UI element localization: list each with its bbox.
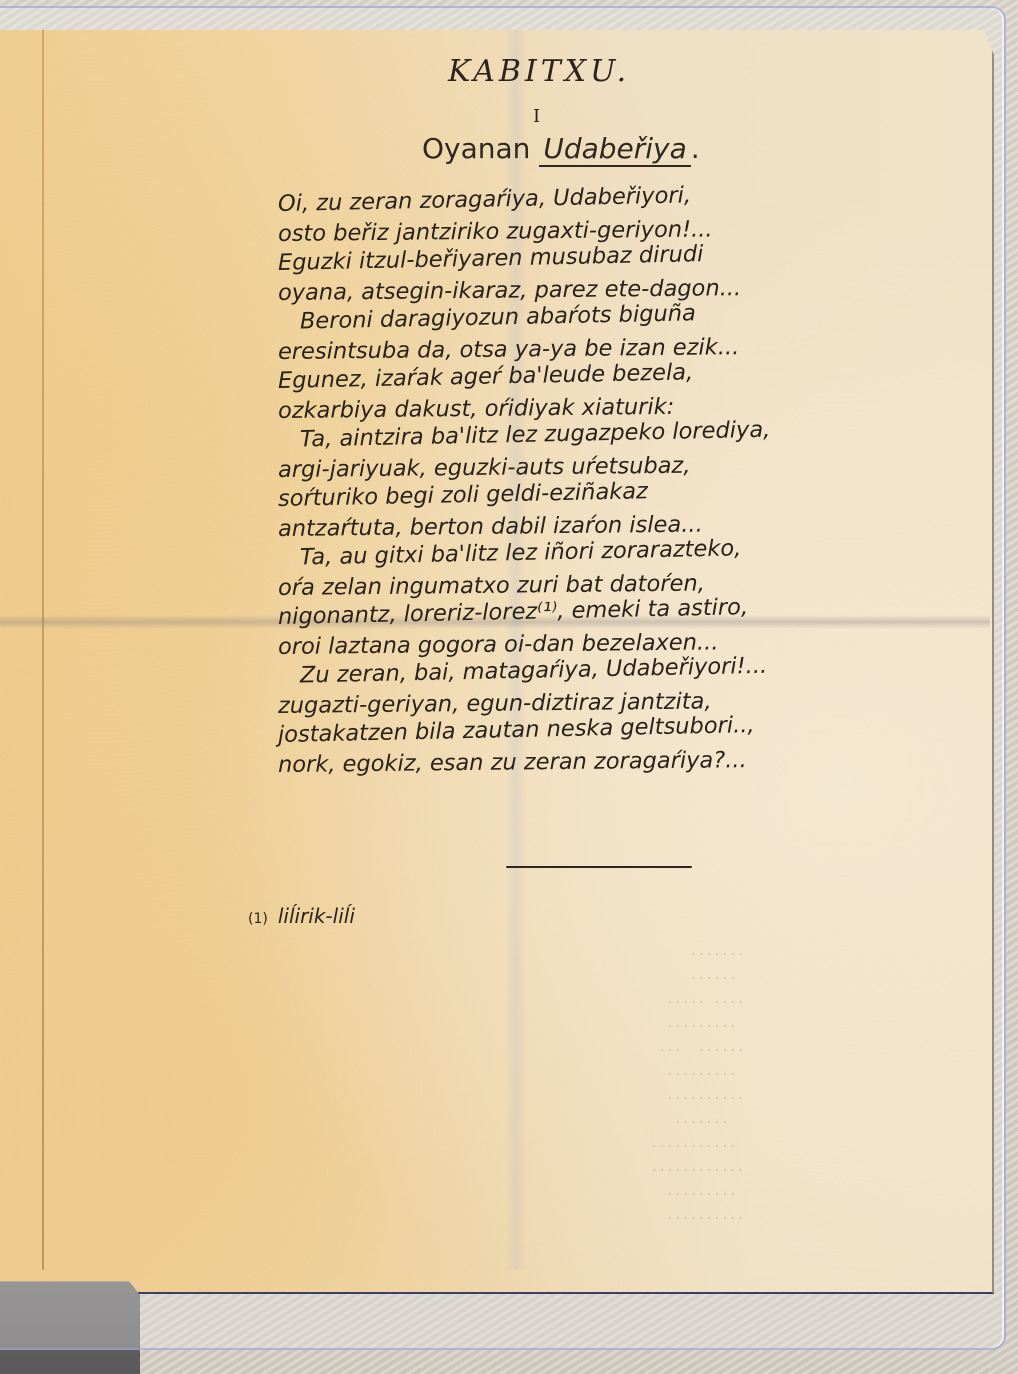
poem-line: nork, egokiz, esan zu zeran zoragaŕiya?.… [278, 744, 938, 780]
footnote-marker: (1) [248, 911, 268, 927]
subtitle-prefix: Oyanan [422, 132, 530, 165]
section-divider [506, 866, 692, 868]
handwritten-document: KABITXU. I Oyanan Udabeřiya. Oi, zu zera… [0, 0, 1018, 1374]
subtitle-suffix: . [691, 132, 700, 165]
footnote-text: liĺirik-liĺi [278, 904, 355, 928]
subtitle-underlined: Udabeřiya [539, 132, 690, 167]
document-title: KABITXU. [448, 54, 630, 89]
poem-body: Oi, zu zeran zoragaŕiya, Udabeřiyori, os… [278, 190, 938, 780]
footnote: (1)liĺirik-liĺi [248, 904, 355, 928]
section-number: I [533, 106, 540, 127]
poem-line: Oi, zu zeran zoragaŕiya, Udabeřiyori, [278, 176, 938, 219]
poem-subtitle: Oyanan Udabeřiya. [422, 132, 700, 165]
